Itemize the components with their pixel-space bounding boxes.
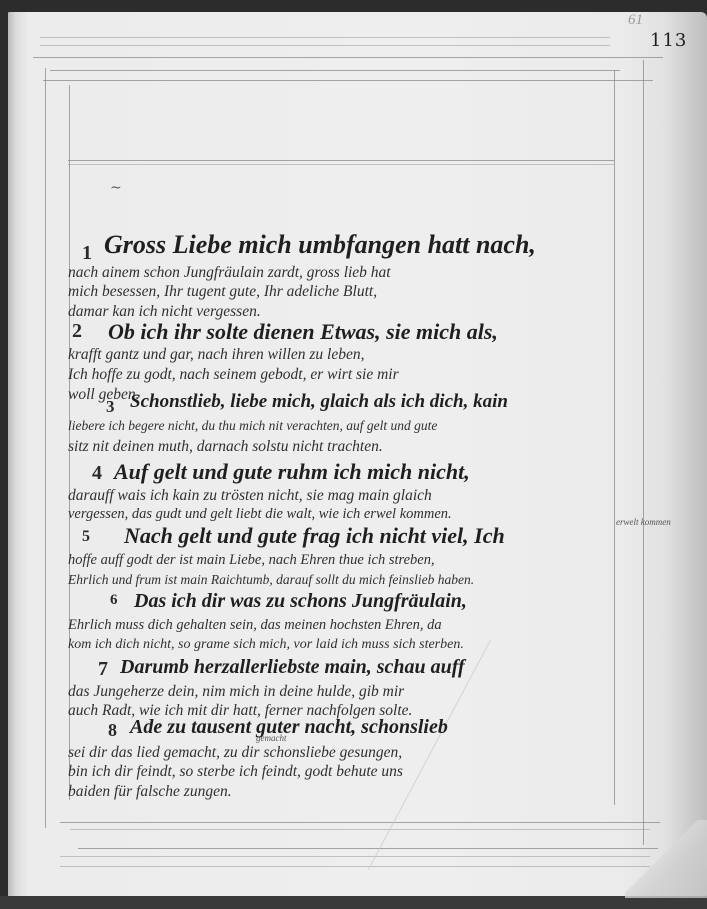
bottom-rule-5	[60, 866, 650, 867]
stanza-line: sitz nit deinen muth, darnach solstu nic…	[68, 438, 383, 456]
stanza-number: 3	[106, 397, 115, 417]
stanza-number: 1	[82, 242, 92, 265]
page-corner-curl	[625, 820, 707, 898]
stanza-line: vergessen, das gudt und gelt liebt die w…	[68, 506, 452, 523]
stanza-number: 2	[72, 320, 82, 343]
stanza-number: 5	[82, 528, 90, 546]
header-box-bottom-rule-2	[68, 164, 614, 165]
top-rule-4	[50, 70, 620, 71]
folio-number: 113	[650, 30, 687, 51]
tilde-mark: ~	[110, 180, 122, 196]
top-rule-1	[40, 37, 610, 38]
stanza-heading-line: Gross Liebe mich umbfangen hatt nach,	[104, 230, 536, 260]
stanza-number: 4	[92, 462, 102, 485]
stanza-line: woll geben.	[68, 386, 139, 404]
stanza-number: 7	[98, 658, 108, 681]
outer-left-rule	[45, 68, 46, 828]
stanza-number: 8	[108, 720, 117, 741]
stanza-heading-line: Darumb herzallerliebste main, schau auff	[120, 656, 465, 679]
stanza-heading-line: Ade zu tausent guter nacht, schonslieb	[130, 716, 448, 739]
bottom-rule-1	[60, 822, 660, 823]
stanza-line: darauff wais ich kain zu trösten nicht, …	[68, 487, 432, 505]
stanza-heading-line: Ob ich ihr solte dienen Etwas, sie mich …	[108, 319, 498, 345]
interlinear-insertion: gemacht	[256, 733, 287, 743]
stanza-heading-line: Schonstlieb, liebe mich, glaich als ich …	[130, 391, 508, 413]
interlinear-insertion: erwelt kommen	[616, 517, 671, 527]
stanza-line: krafft gantz und gar, nach ihren willen …	[68, 346, 365, 364]
stanza-line: sei dir das lied gemacht, zu dir schonsl…	[68, 744, 402, 762]
stanza-line: Ehrlich und frum ist main Raichtumb, dar…	[68, 572, 474, 588]
bottom-rule-2	[70, 829, 650, 830]
stanza-heading-line: Auf gelt und gute ruhm ich mich nicht,	[114, 459, 470, 485]
stanza-line: hoffe auff godt der ist main Liebe, nach…	[68, 552, 435, 569]
top-rule-2	[40, 45, 610, 46]
bottom-rule-4	[60, 856, 650, 857]
stanza-heading-line: Nach gelt und gute frag ich nicht viel, …	[124, 523, 505, 549]
stanza-line: baiden für falsche zungen.	[68, 783, 232, 801]
bottom-rule-3	[78, 848, 658, 849]
inner-right-rule	[614, 70, 615, 805]
pencil-folio-number: 61	[628, 12, 643, 29]
stanza-line: Ehrlich muss dich gehalten sein, das mei…	[68, 617, 442, 634]
stanza-line: das Jungeherze dein, nim mich in deine h…	[68, 683, 404, 701]
stanza-line: liebere ich begere nicht, du thu mich ni…	[68, 418, 437, 434]
stanza-line: mich besessen, Ihr tugent gute, Ihr adel…	[68, 283, 377, 301]
top-rule-5	[43, 80, 653, 81]
stanza-line: Ich hoffe zu godt, nach seinem gebodt, e…	[68, 366, 399, 384]
page-bottom-edge	[0, 896, 707, 909]
stanza-line: nach ainem schon Jungfräulain zardt, gro…	[68, 264, 391, 282]
stanza-number: 6	[110, 592, 118, 609]
stanza-heading-line: Das ich dir was zu schons Jungfräulain,	[134, 590, 467, 613]
stanza-line: bin ich dir feindt, so sterbe ich feindt…	[68, 763, 403, 781]
stanza-line: kom ich dich nicht, so grame sich mich, …	[68, 637, 464, 653]
top-rule-3	[33, 57, 663, 58]
header-box-bottom-rule	[68, 160, 614, 161]
outer-right-rule	[643, 60, 644, 845]
